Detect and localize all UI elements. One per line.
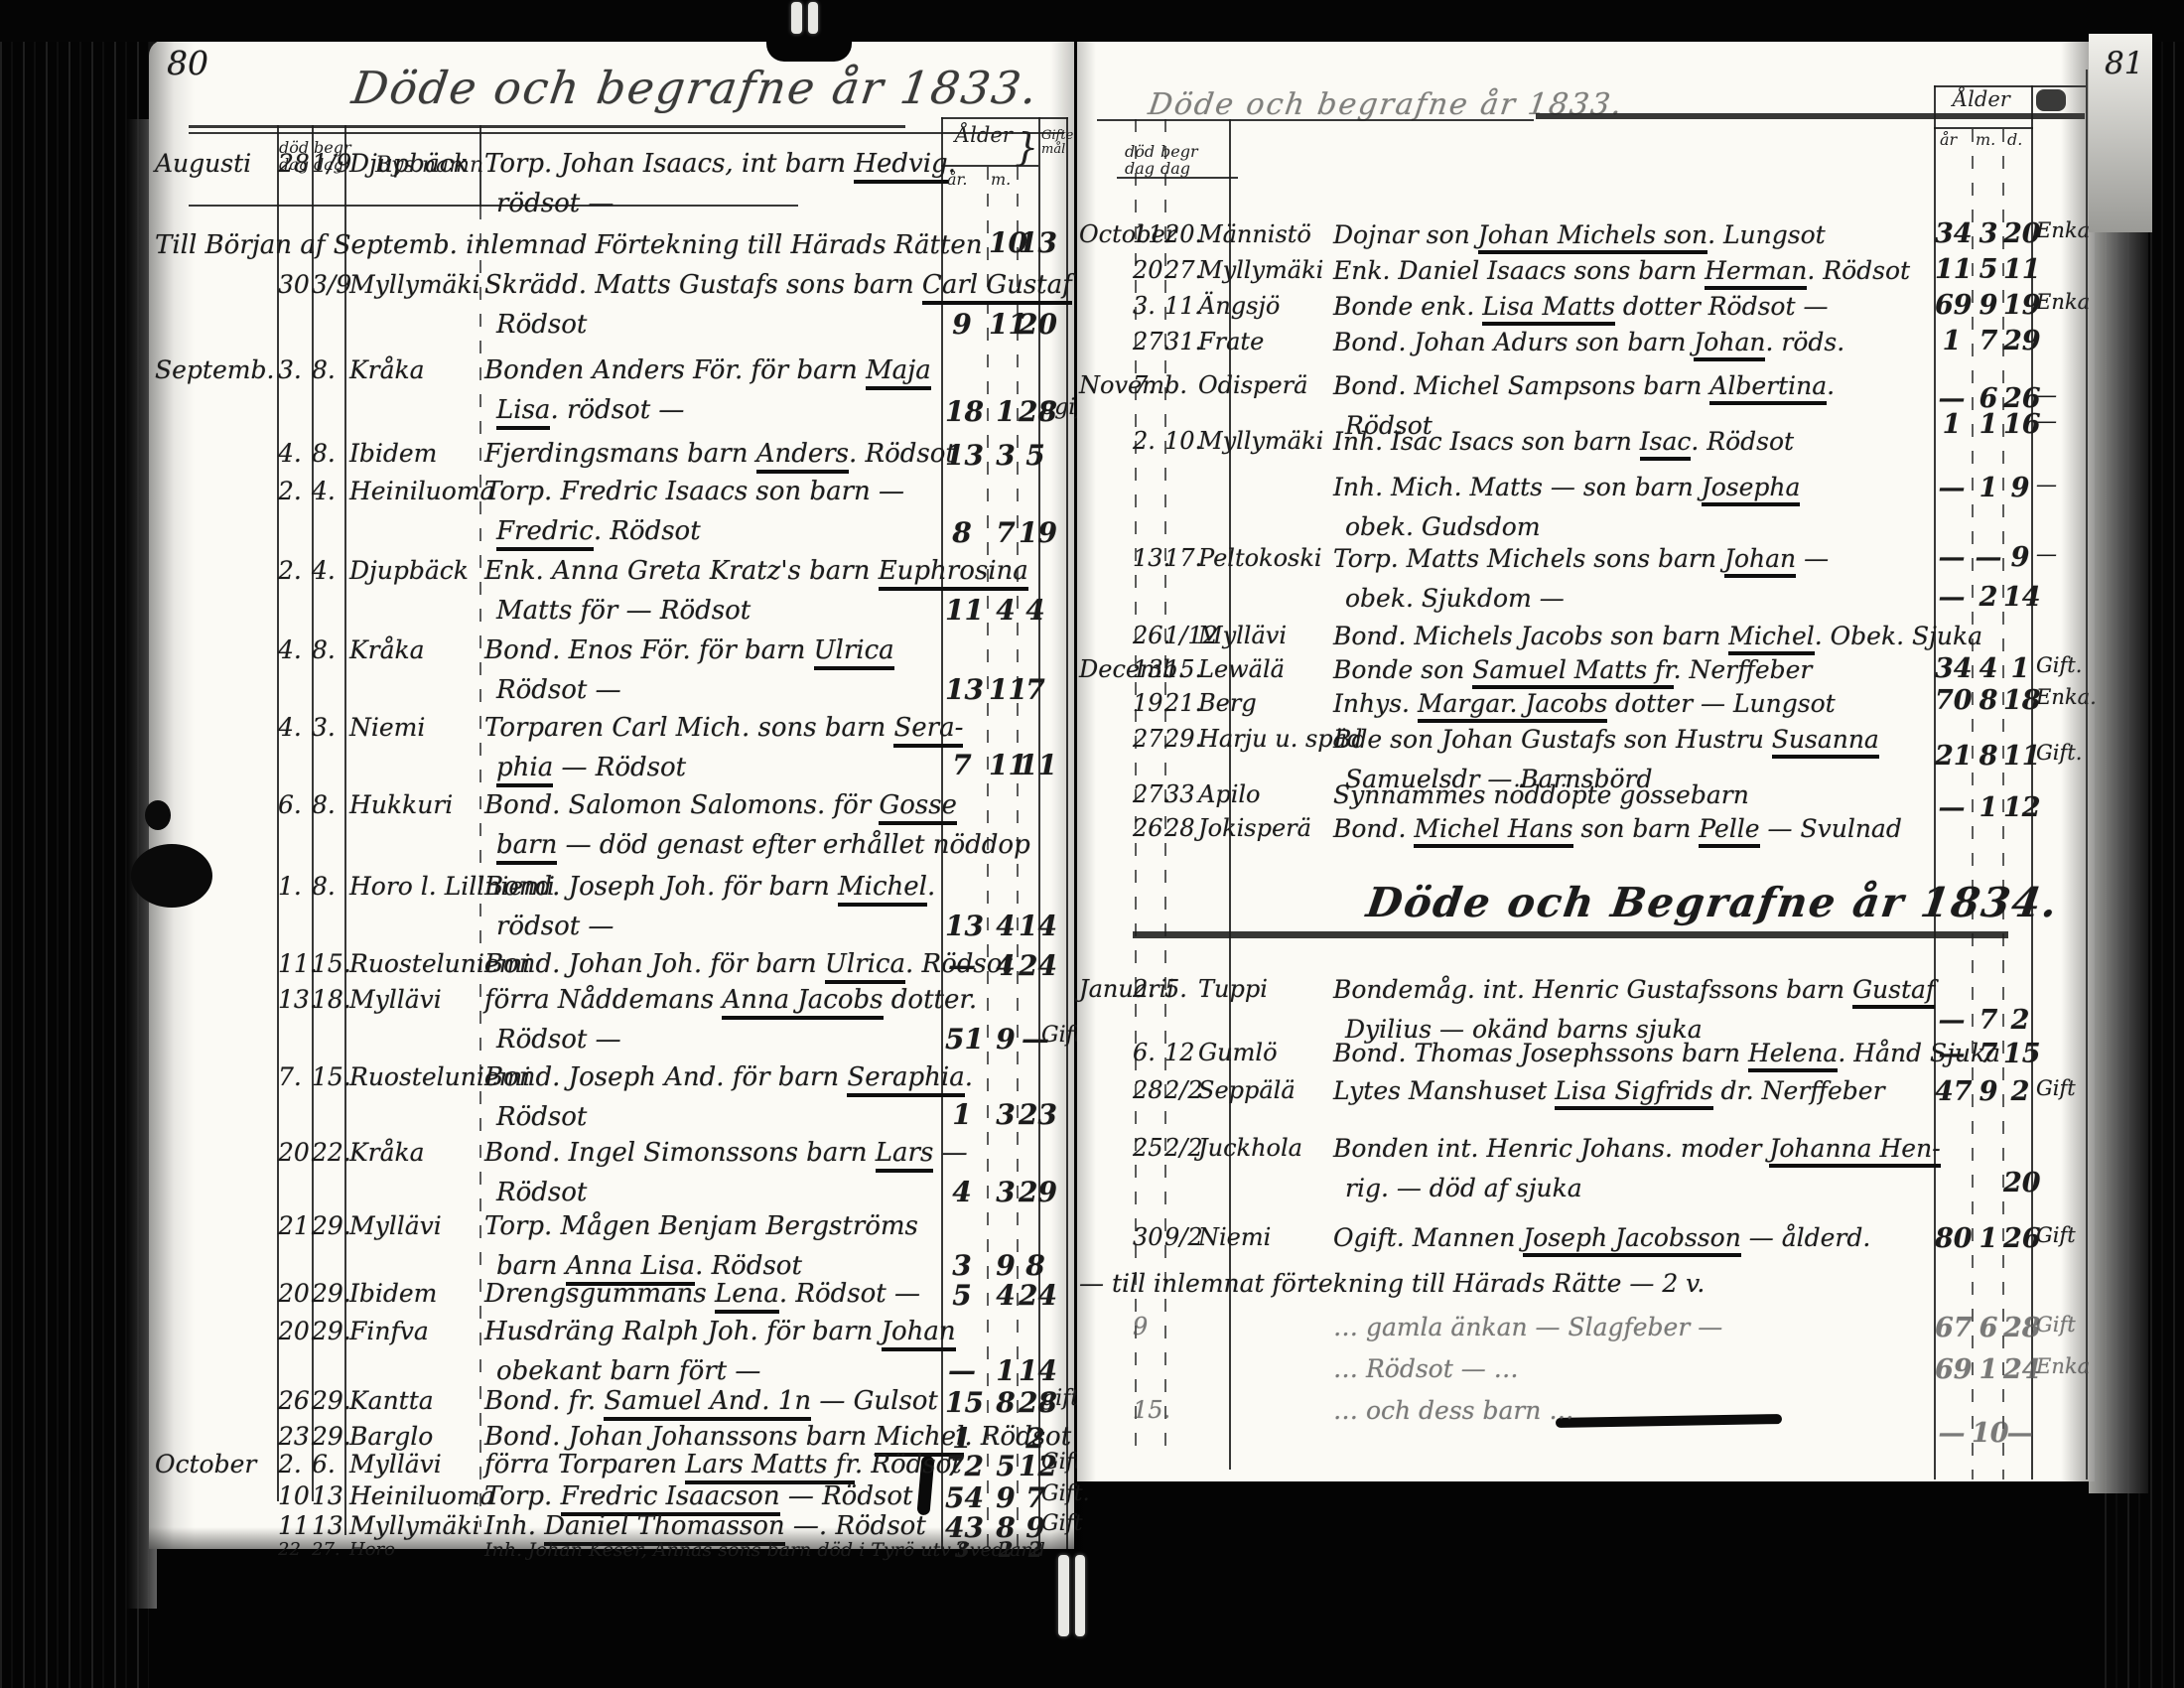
entry-text: . xyxy=(965,1062,973,1092)
col-age-left: Ålder xyxy=(955,127,1013,144)
table-rule xyxy=(1097,119,1534,121)
entry-text: … och dess barn … xyxy=(1333,1396,1573,1425)
col-age-day-right: d. xyxy=(2007,131,2022,148)
month-label: Septemb. xyxy=(155,355,274,384)
village-name: Hukkuri xyxy=(349,790,453,819)
entry-text: obek. Gudsdom xyxy=(1345,512,1541,541)
entry-line-1: Inhys. Margar. Jacobs dotter — Lungsot xyxy=(1333,689,1836,718)
table-rule xyxy=(189,132,1064,134)
col-age-month-right: m. xyxy=(1976,131,1995,148)
marital-note: Enka xyxy=(2036,218,2090,242)
burial-day: 29. xyxy=(312,1211,341,1240)
col-age-year-right: år xyxy=(1940,131,1957,148)
village-name: Kantta xyxy=(349,1386,434,1415)
age-value: 24 xyxy=(2003,1354,2037,1385)
entry-text: — xyxy=(933,1138,967,1168)
entry-text: . Nerffeber xyxy=(1674,655,1813,684)
age-value: 2 xyxy=(2003,1076,2037,1107)
burial-day: 3. xyxy=(312,713,341,742)
entry-text: Torparen Carl Mich. sons barn xyxy=(484,713,893,743)
age-value: 20 xyxy=(2003,1168,2037,1198)
death-day: 3. xyxy=(1133,292,1162,320)
table-rule xyxy=(1934,127,2033,129)
age-value: 10 xyxy=(1972,1418,2005,1449)
burial-day: 2/2 xyxy=(1164,1134,1194,1162)
village-name: Myllymäki xyxy=(349,1511,480,1540)
burial-day: 3/9 xyxy=(312,270,341,299)
entry-text: Enk. Anna Greta Kratz's barn xyxy=(484,556,879,586)
age-value: 9 xyxy=(989,1481,1023,1514)
burial-day: 8. xyxy=(312,355,341,384)
age-value: 13 xyxy=(945,910,979,942)
village-name: Ängsjö xyxy=(1198,292,1280,320)
underlined-name: Helena xyxy=(1748,1039,1838,1072)
entry-text: . Rödsot — xyxy=(779,1279,920,1309)
entry-text: dotter. xyxy=(884,985,978,1015)
village-name: Lewälä xyxy=(1198,655,1285,683)
village-name: Ibidem xyxy=(349,439,437,468)
entry-text: Dojnar son xyxy=(1333,220,1478,249)
burial-day: 22. xyxy=(312,1138,341,1167)
age-value: 11 xyxy=(2003,254,2037,285)
age-value: 9 xyxy=(989,1023,1023,1055)
entry-line-1: förra Nåddemans Anna Jacobs dotter. xyxy=(484,985,977,1015)
village-name: Kråka xyxy=(349,635,425,664)
entry-text: Torp. Matts Michels sons barn xyxy=(1333,544,1724,573)
entry-text: Matts för — Rödsot xyxy=(496,596,751,626)
death-day: 20. xyxy=(278,1279,308,1308)
age-value: 11 xyxy=(945,594,979,627)
binding-tape-bottom-2 xyxy=(1075,1555,1085,1636)
entry-line-2: Rödsot — xyxy=(496,1025,621,1055)
village-name: Finfva xyxy=(349,1317,429,1345)
age-value: 9 xyxy=(945,308,979,341)
death-day: 25 xyxy=(1133,1134,1162,1162)
entry-text: . xyxy=(927,872,935,902)
entry-line-1: Bonden int. Henric Johans. moder Johanna… xyxy=(1333,1134,1941,1163)
page-number-right: 81 xyxy=(2105,46,2143,81)
page-number-left: 80 xyxy=(167,44,208,82)
death-day: 26. xyxy=(1133,622,1162,649)
entry-line-2: obekant barn fört — xyxy=(496,1356,760,1386)
note-row: — till inlemnat förtekning till Härads R… xyxy=(1079,1269,1705,1298)
entry-text: Inhys. xyxy=(1333,689,1418,718)
table-rule xyxy=(1536,113,2085,119)
age-value: — xyxy=(945,1354,979,1387)
entry-text: Drengsgummans xyxy=(484,1279,715,1309)
right-top-page-edge: 81 xyxy=(2089,34,2152,232)
entry-text: Bonden Anders För. för barn xyxy=(484,355,866,385)
entry-line-1: Drengsgummans Lena. Rödsot — xyxy=(484,1279,920,1309)
burial-day: 8. xyxy=(312,872,341,901)
age-value: 5 xyxy=(1972,254,2005,285)
burial-day: 18. xyxy=(312,985,341,1014)
death-day: 21. xyxy=(278,1211,308,1240)
entry-text: rödsot — xyxy=(496,912,614,941)
burial-day: 15. xyxy=(312,1062,341,1091)
death-day: 11. xyxy=(1133,220,1162,248)
entry-line-1: Bond. Salomon Salomons. för Gosse xyxy=(484,790,957,820)
entry-line-2: barn — död genast efter erhållet nöddop xyxy=(496,830,1030,860)
entry-line-1: Lytes Manshuset Lisa Sigfrids dr. Nerffe… xyxy=(1333,1076,1885,1105)
age-value: 2 xyxy=(1019,1537,1052,1562)
month-label: October xyxy=(155,1450,256,1478)
age-value: 24 xyxy=(1019,949,1052,982)
entry-line-1: Bond. Ingel Simonssons barn Lars — xyxy=(484,1138,968,1168)
entry-text: Ogift. Mannen xyxy=(1333,1223,1523,1252)
burial-day: 29. xyxy=(312,1422,341,1451)
age-value: 3 xyxy=(989,1098,1023,1131)
entry-text: Bond. Salomon Salomons. för xyxy=(484,790,879,820)
underlined-name: phia xyxy=(496,753,553,787)
underlined-name: Albertina xyxy=(1709,371,1827,405)
entry-text: … gamla änkan — Slagfeber — xyxy=(1333,1313,1722,1341)
table-rule xyxy=(479,207,481,1527)
underlined-name: Hedvig xyxy=(854,149,947,184)
age-value: 7 xyxy=(945,749,979,781)
death-day: 2. xyxy=(1133,427,1162,455)
entry-line-1: Enk. Daniel Isaacs sons barn Herman. Röd… xyxy=(1333,256,1910,285)
death-day: 23. xyxy=(278,1422,308,1451)
underlined-name: Josepha xyxy=(1702,473,1801,506)
top-scan-band xyxy=(0,0,2184,42)
burial-day: 17. xyxy=(1164,544,1194,572)
age-value: 3 xyxy=(989,439,1023,472)
death-day: 6. xyxy=(1133,1039,1162,1066)
age-value: 1 xyxy=(989,395,1023,428)
binding-tape-bottom-1 xyxy=(1058,1555,1069,1636)
entry-line-1: Bond. Enos För. för barn Ulrica xyxy=(484,635,894,665)
entry-text: Fjerdingsmans barn xyxy=(484,439,756,469)
age-value: 69 xyxy=(1935,290,1969,321)
age-value: 5 xyxy=(945,1279,979,1312)
death-day: 6. xyxy=(278,790,308,819)
age-value: 11 xyxy=(1019,749,1052,781)
entry-text: — xyxy=(1796,544,1829,573)
entry-line-1: Ogift. Mannen Joseph Jacobsson — ålderd. xyxy=(1333,1223,1870,1252)
underlined-name: Lisa xyxy=(496,395,550,430)
entry-text: Bde son Johan Gustafs son Hustru xyxy=(1333,725,1772,754)
age-value: 11 xyxy=(1935,254,1969,285)
entry-line-1: Torparen Carl Mich. sons barn Sera- xyxy=(484,713,963,743)
underlined-name: Herman xyxy=(1705,256,1807,290)
entry-line-1: Enk. Anna Greta Kratz's barn Euphrosina xyxy=(484,556,1028,586)
age-value: 12 xyxy=(2003,792,2037,823)
burial-day: 13 xyxy=(312,1481,341,1510)
age-value: 3 xyxy=(1972,218,2005,249)
note-row: Till Början af Septemb. inlemnad Förtekn… xyxy=(155,230,983,260)
age-value: — xyxy=(1972,542,2005,573)
marital-note: Gift xyxy=(2036,1223,2076,1247)
underlined-name: Seraphia xyxy=(847,1062,964,1097)
death-day: 27. xyxy=(1133,328,1162,355)
death-day: 4. xyxy=(278,439,308,468)
entry-text: . rödsot — xyxy=(550,395,684,425)
entry-text: Torp. Fredric Isaacs son barn — xyxy=(484,477,904,506)
marital-note: — xyxy=(2036,542,2057,566)
burial-day: 29. xyxy=(312,1279,341,1308)
underlined-name: Michel Hans xyxy=(1414,814,1572,848)
age-value: 1 xyxy=(989,1354,1023,1387)
entry-text: Bond. Ingel Simonssons barn xyxy=(484,1138,876,1168)
death-day: 13. xyxy=(278,985,308,1014)
entry-line-1: … och dess barn … xyxy=(1333,1396,1573,1425)
entry-text: rig. — död af sjuka xyxy=(1345,1174,1582,1202)
death-day: 11. xyxy=(278,949,308,978)
entry-text: . Rödsot xyxy=(1691,427,1794,456)
entry-line-1: … Rödsot — … xyxy=(1333,1354,1519,1383)
underlined-name: Anna Jacobs xyxy=(722,985,883,1020)
marital-note: — xyxy=(2036,409,2057,433)
entry-line-1: Torp. Fredric Isaacs son barn — xyxy=(484,477,904,506)
village-name: Myllymäki xyxy=(1198,427,1323,455)
entry-text: Torp. xyxy=(484,1481,561,1511)
underlined-name: Joseph Jacobsson xyxy=(1523,1223,1741,1257)
age-value: 54 xyxy=(945,1481,979,1514)
table-rule xyxy=(189,125,905,128)
entry-text: Bond. fr. xyxy=(484,1386,604,1416)
underlined-name: Lisa Matts xyxy=(1482,292,1615,326)
age-value: 1 xyxy=(1972,792,2005,823)
burial-day: 2/2 xyxy=(1164,1076,1194,1104)
death-day: 2. xyxy=(278,556,308,585)
death-day: 20. xyxy=(278,1317,308,1345)
age-value: 20 xyxy=(1019,308,1052,341)
entry-text: Torp. Mågen Benjam Bergströms xyxy=(484,1211,918,1241)
burial-day: 6. xyxy=(312,1450,341,1478)
underlined-name: Michel xyxy=(1728,622,1815,655)
burial-day: 1/9 xyxy=(312,149,341,178)
underlined-name: Johan xyxy=(1694,328,1765,361)
entry-text: dotter — Lungsot xyxy=(1607,689,1835,718)
age-value: 9 xyxy=(989,1249,1023,1282)
right-page-stack-edge xyxy=(2089,34,2148,1493)
entry-text: Bond. xyxy=(1333,814,1414,843)
entry-line-1: Bond. Joseph Joh. för barn Michel. xyxy=(484,872,935,902)
age-value: 8 xyxy=(945,516,979,549)
age-value: 67 xyxy=(1935,1313,1969,1343)
village-name: Myllävi xyxy=(349,1211,442,1240)
age-value: — xyxy=(1935,792,1969,823)
burial-day: 5. xyxy=(1164,975,1194,1003)
age-value: 34 xyxy=(1935,653,1969,684)
age-value: 72 xyxy=(945,1450,979,1482)
entry-text: Skrädd. Matts Gustafs sons barn xyxy=(484,270,922,300)
underlined-name: Michel xyxy=(838,872,927,907)
entry-text: … Rödsot — … xyxy=(1333,1354,1519,1383)
age-value: 8 xyxy=(1972,741,2005,772)
age-value: — xyxy=(1935,473,1969,503)
death-day: 11 xyxy=(278,1511,308,1540)
village-name: Myllävi xyxy=(349,985,442,1014)
entry-line-1: Bond. Johan Adurs son barn Johan. röds. xyxy=(1333,328,1844,356)
entry-text: barn xyxy=(496,1251,566,1281)
entry-line-2: obek. Sjukdom — xyxy=(1345,584,1565,613)
underlined-name: Gosse xyxy=(879,790,957,825)
entry-text: . Rödsot xyxy=(594,516,701,546)
entry-line-1: Bondemåg. int. Henric Gustafssons barn G… xyxy=(1333,975,1935,1004)
marital-note: Gift xyxy=(2036,1313,2076,1336)
col-death-day-right: död dag xyxy=(1125,143,1158,177)
underlined-name: Ulrica xyxy=(825,949,905,984)
age-value: 6 xyxy=(1972,1313,2005,1343)
burial-day: 20. xyxy=(1164,220,1194,248)
entry-text: Enk. Daniel Isaacs sons barn xyxy=(1333,256,1705,285)
burial-day: 27. xyxy=(1164,256,1194,284)
bracket-mark: } xyxy=(1015,139,1038,156)
village-name: Gumlö xyxy=(1198,1039,1278,1066)
age-value: — xyxy=(945,949,979,982)
underlined-name: Susanna xyxy=(1772,725,1879,759)
entry-text: Bond. Joseph Joh. för barn xyxy=(484,872,838,902)
entry-text: . Rödsot xyxy=(695,1251,802,1281)
entry-text: . Obek. Sjuka xyxy=(1815,622,1982,650)
burial-day: 31. xyxy=(1164,328,1194,355)
burial-day: 13 xyxy=(312,1511,341,1540)
village-name: Seppälä xyxy=(1198,1076,1296,1104)
entry-line-1: Bond. Michels Jacobs son barn Michel. Ob… xyxy=(1333,622,1982,650)
burial-day: 15. xyxy=(1164,655,1194,683)
village-name: Juckhola xyxy=(1198,1134,1302,1162)
village-name: Heiniluoma xyxy=(349,1481,494,1510)
entry-text: Inh. Isac Isacs son barn xyxy=(1333,427,1640,456)
entry-text: Rödsot xyxy=(496,1102,587,1132)
page-left: 80 Döde och begrafne år 1833. död dag be… xyxy=(149,40,1074,1549)
age-value: 11 xyxy=(2003,741,2037,772)
age-value: 21 xyxy=(1935,741,1969,772)
age-value: 1 xyxy=(945,1098,979,1131)
age-value: 20 xyxy=(2003,218,2037,249)
entry-line-1: Bond. Thomas Josephssons barn Helena. Hå… xyxy=(1333,1039,2000,1067)
age-value: 47 xyxy=(1935,1076,1969,1107)
entry-line-1: Fjerdingsmans barn Anders. Rödsot xyxy=(484,439,956,469)
entry-text: obekant barn fört — xyxy=(496,1356,760,1386)
underlined-name: Gustaf xyxy=(1852,975,1935,1009)
village-name: Frate xyxy=(1198,328,1264,355)
underlined-name: Daniel Thomasson xyxy=(544,1511,784,1546)
burial-day: 4. xyxy=(312,477,341,505)
entry-text: . röds. xyxy=(1765,328,1844,356)
entry-text: Bond. Johan Johanssons barn xyxy=(484,1422,875,1452)
underlined-name: Ulrica xyxy=(814,635,894,670)
burial-day: 8. xyxy=(312,439,341,468)
age-value: 4 xyxy=(1019,594,1052,627)
age-value: 7 xyxy=(1972,1005,2005,1036)
age-value: 15 xyxy=(2003,1039,2037,1069)
entry-line-1: Bond. fr. Samuel And. 1n — Gulsot xyxy=(484,1386,938,1416)
col-age-month-left: m. xyxy=(991,171,1011,188)
death-day: 27. xyxy=(1133,780,1162,808)
entry-text: — död genast efter erhållet nöddop xyxy=(557,830,1029,860)
age-value: 1 xyxy=(1972,409,2005,440)
binding-tape-top-2 xyxy=(808,2,818,34)
burial-day: 15. xyxy=(312,949,341,978)
underlined-name: Lena xyxy=(715,1279,779,1314)
death-day: 26 xyxy=(1133,814,1162,842)
underlined-name: barn xyxy=(496,830,557,865)
underlined-name: Samuel Matts fr xyxy=(1472,655,1673,689)
village-name: Peltokoski xyxy=(1198,544,1322,572)
village-name: Myllymäki xyxy=(1198,256,1323,284)
age-value: 14 xyxy=(2003,582,2037,613)
entry-text: Bond. Joseph And. för barn xyxy=(484,1062,847,1092)
age-value: 7 xyxy=(1972,326,2005,356)
burial-day: 29. xyxy=(312,1317,341,1345)
underlined-name: Pelle xyxy=(1699,814,1759,848)
age-value: 2 xyxy=(1972,582,2005,613)
village-name: Djupbäck xyxy=(349,556,469,585)
col-age-right: Ålder xyxy=(1953,91,2010,108)
underlined-name: Anders xyxy=(756,439,849,474)
village-name: Apilo xyxy=(1198,780,1261,808)
underlined-name: Johan xyxy=(882,1317,956,1351)
age-value: 9 xyxy=(2003,473,2037,503)
village-name: Djupbäck xyxy=(349,149,469,178)
entry-line-1: … gamla änkan — Slagfeber — xyxy=(1333,1313,1722,1341)
underlined-name: Johanna Hen- xyxy=(1769,1134,1940,1168)
month-label: Augusti xyxy=(155,149,251,178)
burial-day: 27. xyxy=(312,1539,341,1560)
death-day: 19. xyxy=(1133,689,1162,717)
village-name: Horo xyxy=(349,1539,395,1560)
age-value: — xyxy=(2003,1418,2037,1449)
entry-line-1: Bonde son Samuel Matts fr. Nerffeber xyxy=(1333,655,1812,684)
death-day: 20. xyxy=(1133,256,1162,284)
age-value: 1 xyxy=(1935,326,1969,356)
entry-line-1: Torp. Mågen Benjam Bergströms xyxy=(484,1211,918,1241)
age-value: 11 xyxy=(989,308,1023,341)
age-value: 28 xyxy=(2003,1313,2037,1343)
entry-line-1: Inh. Daniel Thomasson —. Rödsot xyxy=(484,1511,926,1541)
marital-note: — xyxy=(2036,383,2057,407)
entry-line-2: Fredric. Rödsot xyxy=(496,516,701,546)
age-value: 9 xyxy=(1972,290,2005,321)
underlined-name: Isac xyxy=(1640,427,1692,461)
age-value: 29 xyxy=(2003,326,2037,356)
entry-line-1: Bond. Michel Hans son barn Pelle — Svuln… xyxy=(1333,814,1902,843)
village-name: Niemi xyxy=(349,713,425,742)
death-day: 2. xyxy=(278,477,308,505)
village-name: Niemi xyxy=(1198,1223,1271,1251)
burial-day: 10. xyxy=(1164,427,1194,455)
underlined-name: Johan xyxy=(1724,544,1796,578)
age-value: 26 xyxy=(2003,1223,2037,1254)
age-value: 24 xyxy=(1019,1279,1052,1312)
burial-day: 28 xyxy=(1164,814,1194,842)
burial-day: 11. xyxy=(1164,292,1194,320)
entry-text: . Lungsot xyxy=(1707,220,1826,249)
entry-line-1: Torp. Matts Michels sons barn Johan — xyxy=(1333,544,1829,573)
underlined-name: Lars xyxy=(876,1138,934,1173)
age-value: 14 xyxy=(1019,910,1052,942)
village-name: Myllymäki xyxy=(349,270,480,299)
left-edge-blob xyxy=(131,844,212,908)
age-value: 8 xyxy=(1972,685,2005,716)
village-name: Odisperä xyxy=(1198,371,1307,399)
entry-text: — Svulnad xyxy=(1760,814,1902,843)
entry-line-1: Bde son Johan Gustafs son Hustru Susanna xyxy=(1333,725,1879,754)
burial-day: 29. xyxy=(1164,725,1194,753)
entry-line-2: Rödsot xyxy=(496,1178,587,1207)
table-rule xyxy=(479,125,481,207)
village-name: Myllävi xyxy=(349,1450,442,1478)
underlined-name: Maja xyxy=(866,355,931,390)
entry-line-2: obek. Gudsdom xyxy=(1345,512,1541,541)
village-name: Berg xyxy=(1198,689,1257,717)
entry-text: — Gulsot xyxy=(811,1386,938,1416)
village-name: Heiniluoma xyxy=(349,477,494,505)
underlined-name: Euphrosina xyxy=(879,556,1028,591)
